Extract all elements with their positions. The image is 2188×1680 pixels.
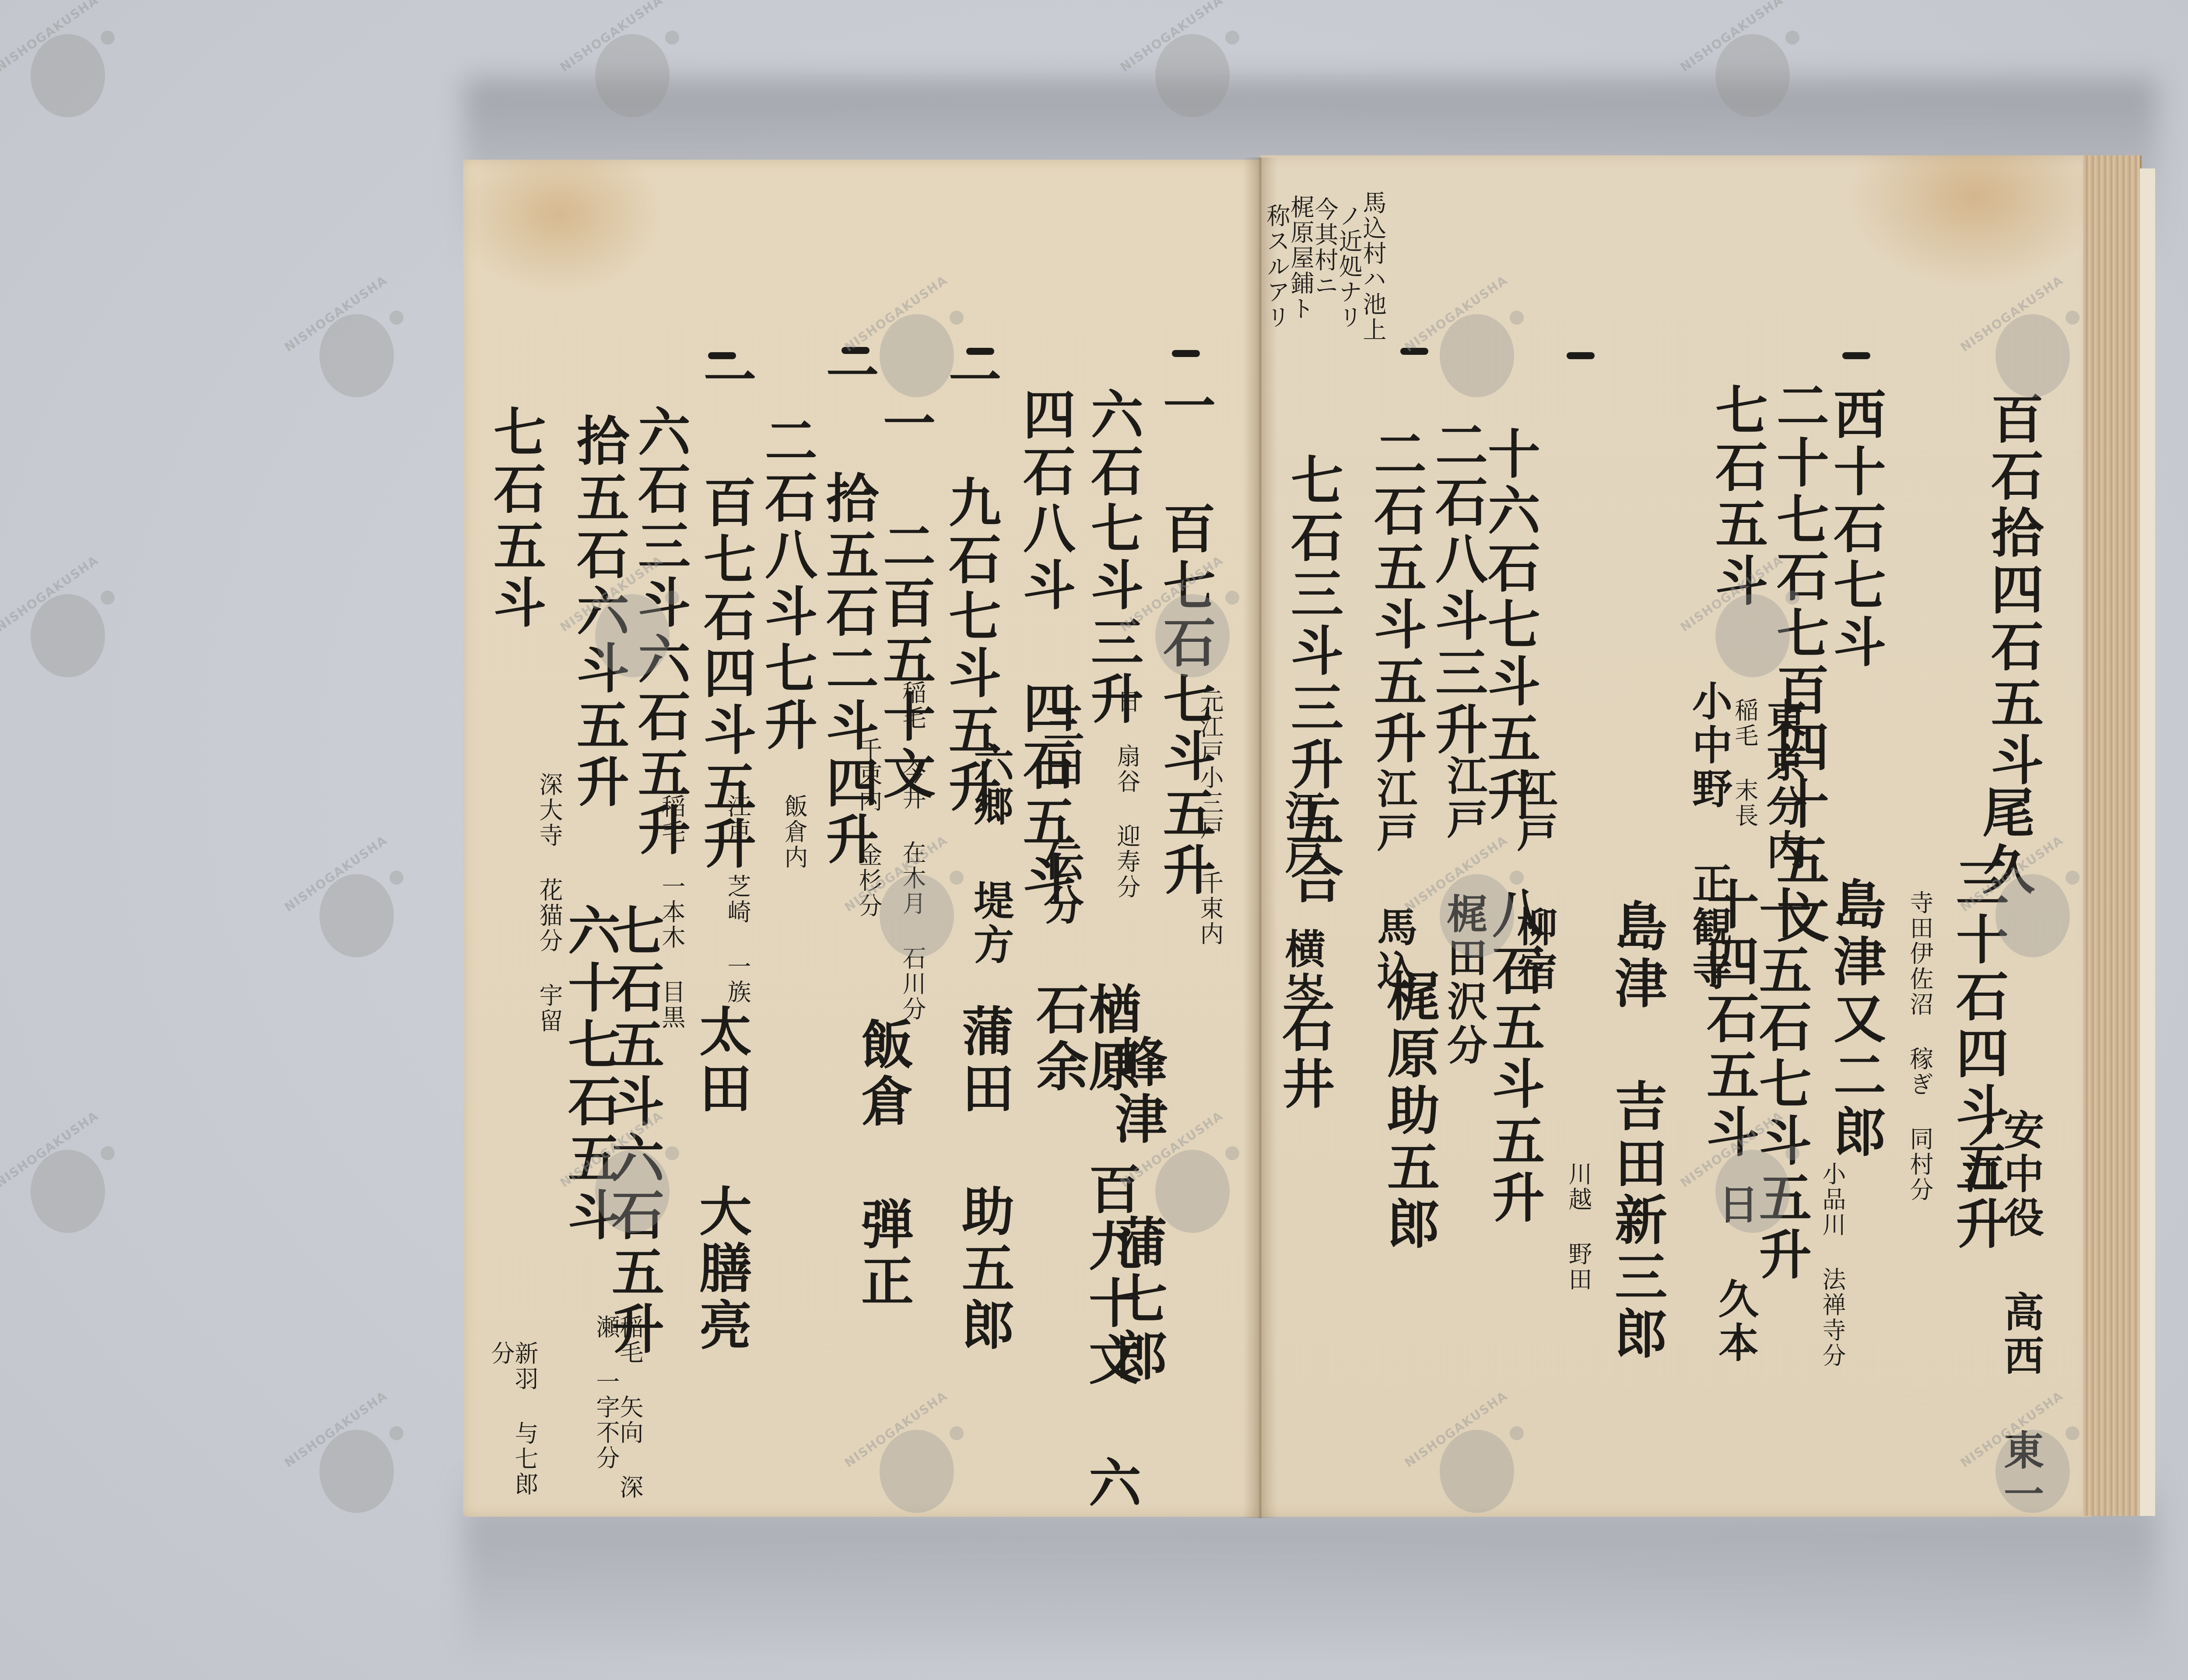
entry-col: 七石五斗 bbox=[1711, 383, 1764, 610]
entry-col: 六石七斗三升 bbox=[1087, 387, 1139, 728]
entry-col: 七石五斗 bbox=[489, 405, 542, 632]
entry-note: 稲毛 今井 在木月 石川分 bbox=[901, 680, 924, 1022]
entry-note: 小品川 法禅寺分 bbox=[1820, 1162, 1844, 1368]
page-stack-edge bbox=[2083, 155, 2142, 1516]
entry-note: 川越 野田 bbox=[1567, 1162, 1590, 1292]
entry-col: 六十七石五斗 bbox=[564, 903, 616, 1245]
watermark-logo: NISHOGAKUSHA bbox=[306, 862, 407, 962]
entry-col: 太田 大膳亮 bbox=[695, 1004, 747, 1354]
entry-note: 深大寺 花猫分 宇留 bbox=[537, 772, 561, 1034]
entry-col: 十六石七斗五升 bbox=[1483, 427, 1536, 825]
entry-col: 二石八斗三升 bbox=[1431, 418, 1483, 759]
entry-col: 十五石七斗五升 bbox=[1755, 886, 1807, 1284]
headnote-line: 馬込村ハ池上 bbox=[1361, 190, 1385, 343]
entry-col: 二石五斗五升 bbox=[1370, 427, 1422, 768]
entry-col: 百石拾四石五斗 bbox=[1987, 392, 2039, 790]
right-page: 馬込村ハ池上 ノ近処ナリ 今其村ニ 梶原屋鋪ト 称スルアリ 百石拾四石五斗 尾久… bbox=[1260, 155, 2092, 1517]
item-mark bbox=[1400, 348, 1428, 355]
watermark-logo: NISHOGAKUSHA bbox=[18, 1137, 118, 1238]
entry-note: 江戸 馬込 bbox=[1374, 768, 1414, 994]
headnote-line: 梶原屋鋪ト bbox=[1289, 195, 1312, 322]
entry-col: 島津又二郎 bbox=[1829, 877, 1882, 1162]
entry-col: 二十七石七百四十五文 bbox=[1772, 378, 1825, 947]
entry-col: 島津 吉田新三郎 bbox=[1610, 899, 1663, 1363]
entry-note: 新羽 与七郎分 bbox=[489, 1341, 536, 1517]
headnote-line: 今其村ニ bbox=[1313, 197, 1336, 298]
book-gutter bbox=[1243, 157, 1278, 1518]
entry-col: 西十石七斗 bbox=[1829, 387, 1882, 672]
watermark-logo: NISHOGAKUSHA bbox=[306, 1417, 407, 1518]
watermark-logo: NISHOGAKUSHA bbox=[18, 22, 118, 122]
entry-col: 飯倉 弾正 bbox=[857, 1017, 909, 1311]
headnote-line: ノ近処ナリ bbox=[1337, 203, 1360, 330]
watermark-logo: NISHOGAKUSHA bbox=[18, 582, 118, 682]
entry-col: 十四石五斗 bbox=[1702, 877, 1755, 1162]
entry-note: 日 扇谷 迎寿分 bbox=[1115, 689, 1139, 900]
entry-col: 二石八斗七升 bbox=[761, 413, 813, 755]
entry-col: 蒲田 助五郎 bbox=[957, 1004, 1010, 1354]
entry-col: 八石五斗五升 bbox=[1488, 886, 1540, 1227]
entry-note: 元江戸小三戸 千束内 bbox=[1198, 689, 1222, 947]
entry-note: 千束内 金杉分 bbox=[857, 737, 880, 919]
watermark-logo: NISHOGAKUSHA bbox=[306, 302, 407, 402]
entry-note: 日 久本 bbox=[1715, 1183, 1756, 1365]
entry-col: 六石三斗六石五升 bbox=[634, 405, 686, 860]
entry-note: 江戸 芝崎 一族 bbox=[726, 794, 749, 1005]
item-mark bbox=[1567, 352, 1595, 359]
entry-col: 拾五石六斗五升 bbox=[572, 413, 625, 812]
entry-note: 寺田伊佐沼 稼ぎ 同村分 bbox=[1908, 890, 1932, 1203]
back-cover-edge bbox=[2140, 168, 2155, 1516]
entry-note: 三田 伝分 bbox=[1041, 702, 1081, 928]
entry-note: 江戸 横岑 bbox=[1282, 790, 1322, 1015]
item-mark bbox=[1172, 350, 1200, 357]
left-page: 一 百七石七斗五升 元江戸小三戸 千束内 峰津 蒲七郎 六石七斗三升 日 扇谷 … bbox=[463, 160, 1260, 1517]
entry-note: 飯倉内 bbox=[782, 794, 806, 870]
entry-note: 六郷 堤方 bbox=[971, 742, 1011, 967]
entry-col: 石井 bbox=[1278, 1000, 1330, 1113]
entry-col: 楢原 百九十文 六石余 bbox=[1032, 982, 1137, 1517]
entry-note: 稲毛 矢向 深瀬 一字不分 bbox=[594, 1315, 642, 1517]
item-mark bbox=[1842, 352, 1870, 359]
entry-col: 梶原助五郎 bbox=[1383, 969, 1435, 1253]
entry-note: 稲毛 末長 bbox=[1733, 698, 1757, 829]
entry-col: 安中役 高西 東一ノ江 bbox=[1960, 1109, 2041, 1517]
entry-note: 江戸 梶田沢分 bbox=[1444, 755, 1484, 1068]
